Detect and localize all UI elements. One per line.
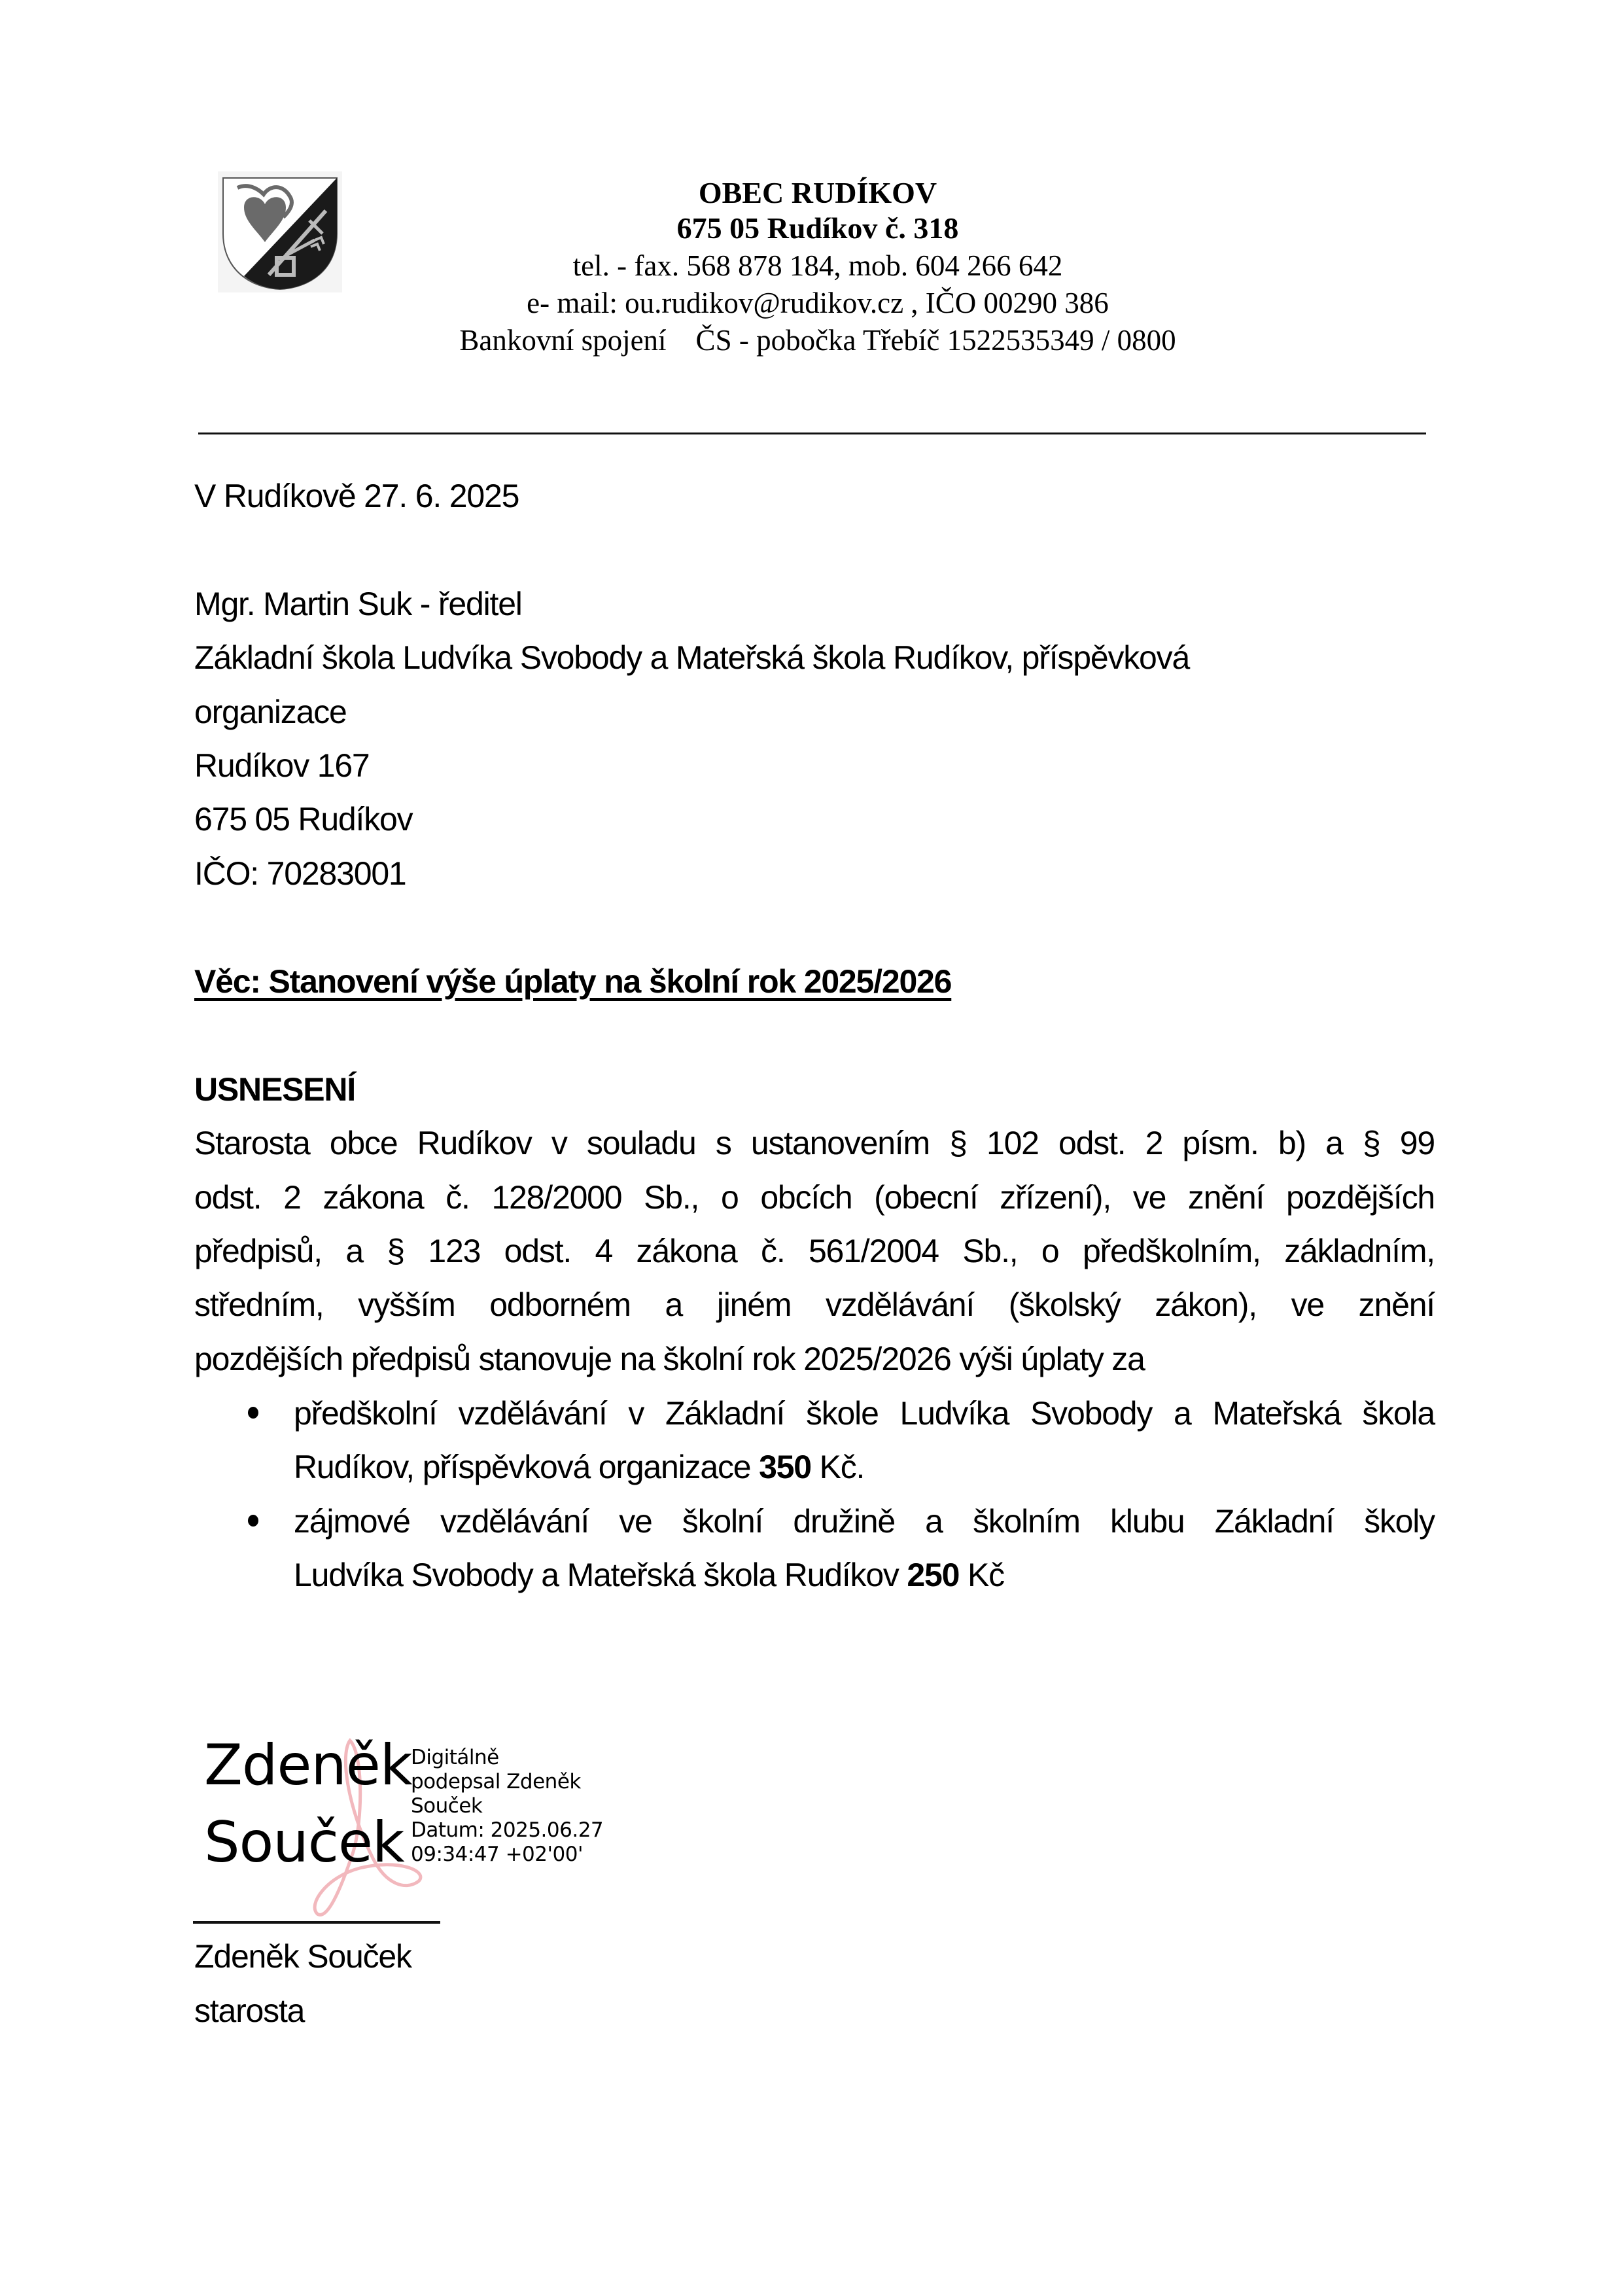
recipient-line: IČO: 70283001 bbox=[194, 854, 406, 893]
resolution-paragraph-line: odst. 2 zákona č. 128/2000 Sb., o obcích… bbox=[194, 1178, 1435, 1217]
signer-name: Zdeněk Souček bbox=[194, 1937, 411, 1976]
municipality-email-ico: e- mail: ou.rudikov@rudikov.cz , IČO 002… bbox=[353, 286, 1282, 320]
coat-of-arms-icon bbox=[218, 171, 342, 292]
recipient-line: Rudíkov 167 bbox=[194, 746, 370, 785]
bullet-icon bbox=[248, 1407, 258, 1419]
recipient-line: 675 05 Rudíkov bbox=[194, 800, 412, 839]
document-page: OBEC RUDÍKOV 675 05 Rudíkov č. 318 tel. … bbox=[0, 0, 1623, 2296]
municipality-bank: Bankovní spojení ČS - pobočka Třebíč 152… bbox=[353, 323, 1282, 357]
signature-name-first: Zdeněk bbox=[204, 1733, 412, 1798]
fee-item-line: zájmové vzdělávání ve školní družině a š… bbox=[294, 1502, 1435, 1541]
fee-item-text: Ludvíka Svobody a Mateřská škola Rudíkov bbox=[294, 1557, 907, 1593]
fee-item-line: předškolní vzdělávání v Základní škole L… bbox=[294, 1394, 1435, 1433]
fee-amount: 250 bbox=[907, 1557, 959, 1593]
resolution-paragraph-line: středním, vyšším odborném a jiném vzdělá… bbox=[194, 1285, 1435, 1324]
fee-currency: Kč bbox=[959, 1557, 1004, 1593]
fee-item-text: Rudíkov, příspěvková organizace bbox=[294, 1449, 759, 1485]
signer-role: starosta bbox=[194, 1991, 304, 2030]
signature-date: Datum: 2025.06.27 bbox=[411, 1818, 603, 1843]
fee-item-line: Ludvíka Svobody a Mateřská škola Rudíkov… bbox=[294, 1555, 1004, 1595]
signature-info-line: podepsal Zdeněk bbox=[411, 1770, 581, 1794]
letterhead-divider bbox=[198, 433, 1426, 434]
recipient-line: Základní škola Ludvíka Svobody a Mateřsk… bbox=[194, 638, 1189, 677]
signature-line bbox=[193, 1921, 440, 1924]
fee-item-line: Rudíkov, příspěvková organizace 350 Kč. bbox=[294, 1447, 864, 1487]
bullet-icon bbox=[248, 1515, 258, 1527]
signature-time: 09:34:47 +02'00' bbox=[411, 1843, 583, 1867]
fee-currency: Kč. bbox=[811, 1449, 864, 1485]
date-line: V Rudíkově 27. 6. 2025 bbox=[194, 476, 519, 516]
recipient-line: organizace bbox=[194, 692, 347, 732]
signature-name-last: Souček bbox=[204, 1810, 404, 1875]
municipality-name: OBEC RUDÍKOV bbox=[353, 175, 1282, 210]
resolution-paragraph-line: pozdějších předpisů stanovuje na školní … bbox=[194, 1339, 1145, 1379]
resolution-paragraph-line: Starosta obce Rudíkov v souladu s ustano… bbox=[194, 1123, 1435, 1163]
municipality-phones: tel. - fax. 568 878 184, mob. 604 266 64… bbox=[353, 249, 1282, 283]
signature-info-line: Souček bbox=[411, 1794, 482, 1818]
fee-amount: 350 bbox=[759, 1449, 811, 1485]
signature-info-line: Digitálně bbox=[411, 1746, 499, 1770]
resolution-paragraph-line: předpisů, a § 123 odst. 4 zákona č. 561/… bbox=[194, 1231, 1435, 1271]
municipality-address: 675 05 Rudíkov č. 318 bbox=[353, 211, 1282, 245]
recipient-line: Mgr. Martin Suk - ředitel bbox=[194, 584, 522, 624]
subject-line: Věc: Stanovení výše úplaty na školní rok… bbox=[194, 962, 951, 1001]
resolution-heading: USNESENÍ bbox=[194, 1070, 355, 1109]
